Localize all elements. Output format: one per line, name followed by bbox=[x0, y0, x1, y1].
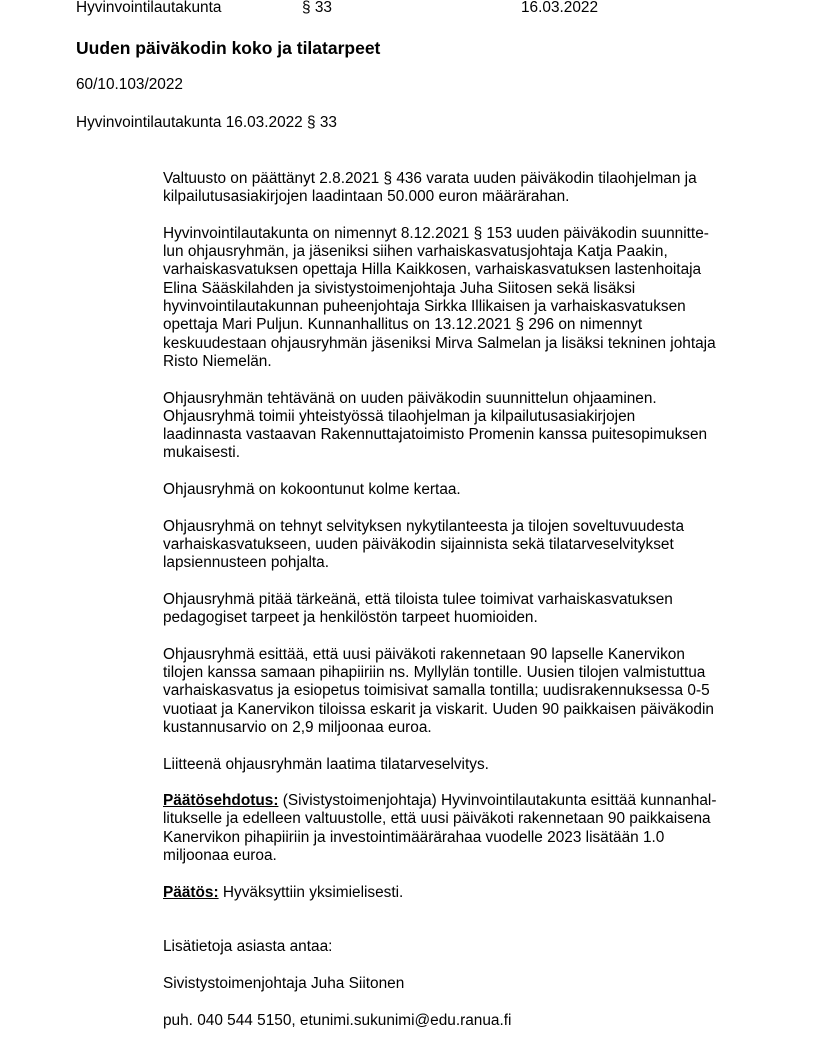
paragraph-survey: Ohjausryhmä on tehnyt selvityksen nykyti… bbox=[163, 518, 753, 573]
paragraph-meetings: Ohjausryhmä on kokoontunut kolme kertaa. bbox=[163, 481, 753, 499]
paragraph-budget: Valtuusto on päättänyt 2.8.2021 § 436 va… bbox=[163, 170, 753, 207]
contact-person: Sivistystoimenjohtaja Juha Siitonen bbox=[163, 975, 753, 993]
meeting-reference: Hyvinvointilautakunta 16.03.2022 § 33 bbox=[76, 114, 337, 132]
header-section-number: § 33 bbox=[302, 0, 332, 17]
paragraph-attachment: Liitteenä ohjausryhmän laatima tilatarve… bbox=[163, 756, 753, 774]
document-number: 60/10.103/2022 bbox=[76, 76, 183, 94]
contact-intro: Lisätietoja asiasta antaa: bbox=[163, 938, 753, 956]
header-date: 16.03.2022 bbox=[521, 0, 598, 17]
document-body: Valtuusto on päättänyt 2.8.2021 § 436 va… bbox=[163, 170, 753, 1048]
decision-proposal-label: Päätösehdotus: bbox=[163, 792, 278, 809]
paragraph-proposal-details: Ohjausryhmä esittää, että uusi päiväkoti… bbox=[163, 646, 753, 737]
decision-text: Hyväksyttiin yksimielisesti. bbox=[219, 884, 404, 901]
page-header: Hyvinvointilautakunta § 33 16.03.2022 bbox=[76, 0, 776, 17]
header-board-name: Hyvinvointilautakunta bbox=[76, 0, 221, 17]
contact-details: puh. 040 544 5150, etunimi.sukunimi@edu.… bbox=[163, 1012, 753, 1030]
decision-label: Päätös: bbox=[163, 884, 219, 901]
paragraph-priorities: Ohjausryhmä pitää tärkeänä, että tiloist… bbox=[163, 591, 753, 628]
decision-proposal: Päätösehdotus: (Sivistystoimenjohtaja) H… bbox=[163, 792, 753, 865]
contact-info: Lisätietoja asiasta antaa: Sivistystoime… bbox=[163, 920, 753, 1048]
document-title: Uuden päiväkodin koko ja tilatarpeet bbox=[76, 37, 380, 59]
paragraph-steering-group-members: Hyvinvointilautakunta on nimennyt 8.12.2… bbox=[163, 225, 753, 371]
decision: Päätös: Hyväksyttiin yksimielisesti. bbox=[163, 884, 753, 902]
paragraph-steering-group-task: Ohjausryhmän tehtävänä on uuden päiväkod… bbox=[163, 390, 753, 463]
